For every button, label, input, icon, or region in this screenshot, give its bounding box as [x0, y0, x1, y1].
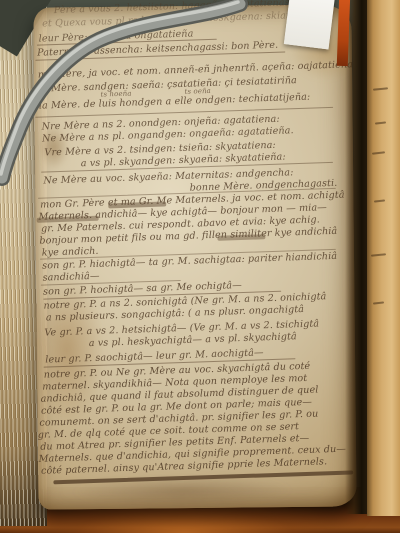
facing-page-text-mark	[374, 199, 385, 202]
paper-slip-bookmark	[284, 0, 335, 50]
manuscript-text-line: sandichiâ—	[42, 272, 99, 283]
facing-page-text-mark	[373, 87, 388, 91]
ink-stroke	[217, 234, 265, 241]
photograph-of-manuscript: Père a vous 2. hetsiiston: hagaeña: skia…	[0, 0, 400, 533]
facing-page-text-mark	[371, 253, 386, 257]
facing-page-text-mark	[372, 151, 385, 154]
manuscript-text-line: ma Mère, ja voc. et nom. anneñ-eñ jnhenr…	[38, 60, 353, 80]
facing-page-text-mark	[373, 301, 384, 304]
facing-page-text-mark	[375, 121, 386, 124]
gutter-shadow	[345, 0, 368, 514]
facing-page	[367, 0, 400, 516]
handwriting-layer: Père a vous 2. hetsiiston: hagaeña: skia…	[0, 0, 400, 533]
